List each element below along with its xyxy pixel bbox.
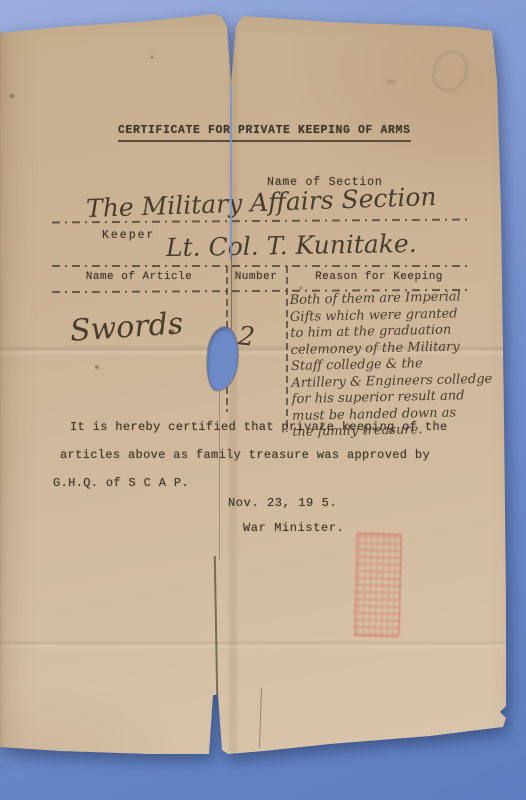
column-header-article: Name of Article [52,271,226,283]
paper-crack-bottom-right [259,688,262,748]
section-handwritten-value: The Military Affairs Section [86,182,437,223]
photo-background: CERTIFICATE FOR PRIVATE KEEPING OF ARMS … [0,0,526,800]
column-divider-number-reason [286,266,288,432]
date-line: Nov. 23, 19 5. [228,496,337,510]
certification-line-3: G.H.Q. of S C A P. [53,476,189,490]
red-seal-stamp-icon [354,532,403,637]
certification-line-1: It is hereby certified that private keep… [70,420,448,434]
paper-crack-bottom [214,556,218,696]
certificate-title: CERTIFICATE FOR PRIVATE KEEPING OF ARMS [118,124,411,142]
column-header-reason: Reason for Keeping [286,271,472,283]
faint-embossed-mark [427,46,472,96]
column-header-number: Number [226,271,286,283]
table-top-rule [52,265,472,267]
reason-handwritten-block: Both of them are Imperial Gifts which we… [289,289,478,441]
war-minister-signature-line: War Minister. [243,521,344,535]
article-handwritten-value: Swords [69,306,184,349]
keeper-label: Keeper [102,229,155,242]
keeper-handwritten-value: Lt. Col. T. Kunitake. [166,229,417,262]
paper-crack-middle [231,255,232,329]
certificate-paper: CERTIFICATE FOR PRIVATE KEEPING OF ARMS … [0,0,526,800]
paper-hole [203,325,242,392]
certification-line-2: articles above as family treasure was ap… [60,448,430,462]
paper-crack-below-hole [219,390,220,560]
paper-shadow-wrap: CERTIFICATE FOR PRIVATE KEEPING OF ARMS … [0,0,526,800]
number-handwritten-value: 2 [236,321,256,353]
paper-crack-top [230,84,232,260]
